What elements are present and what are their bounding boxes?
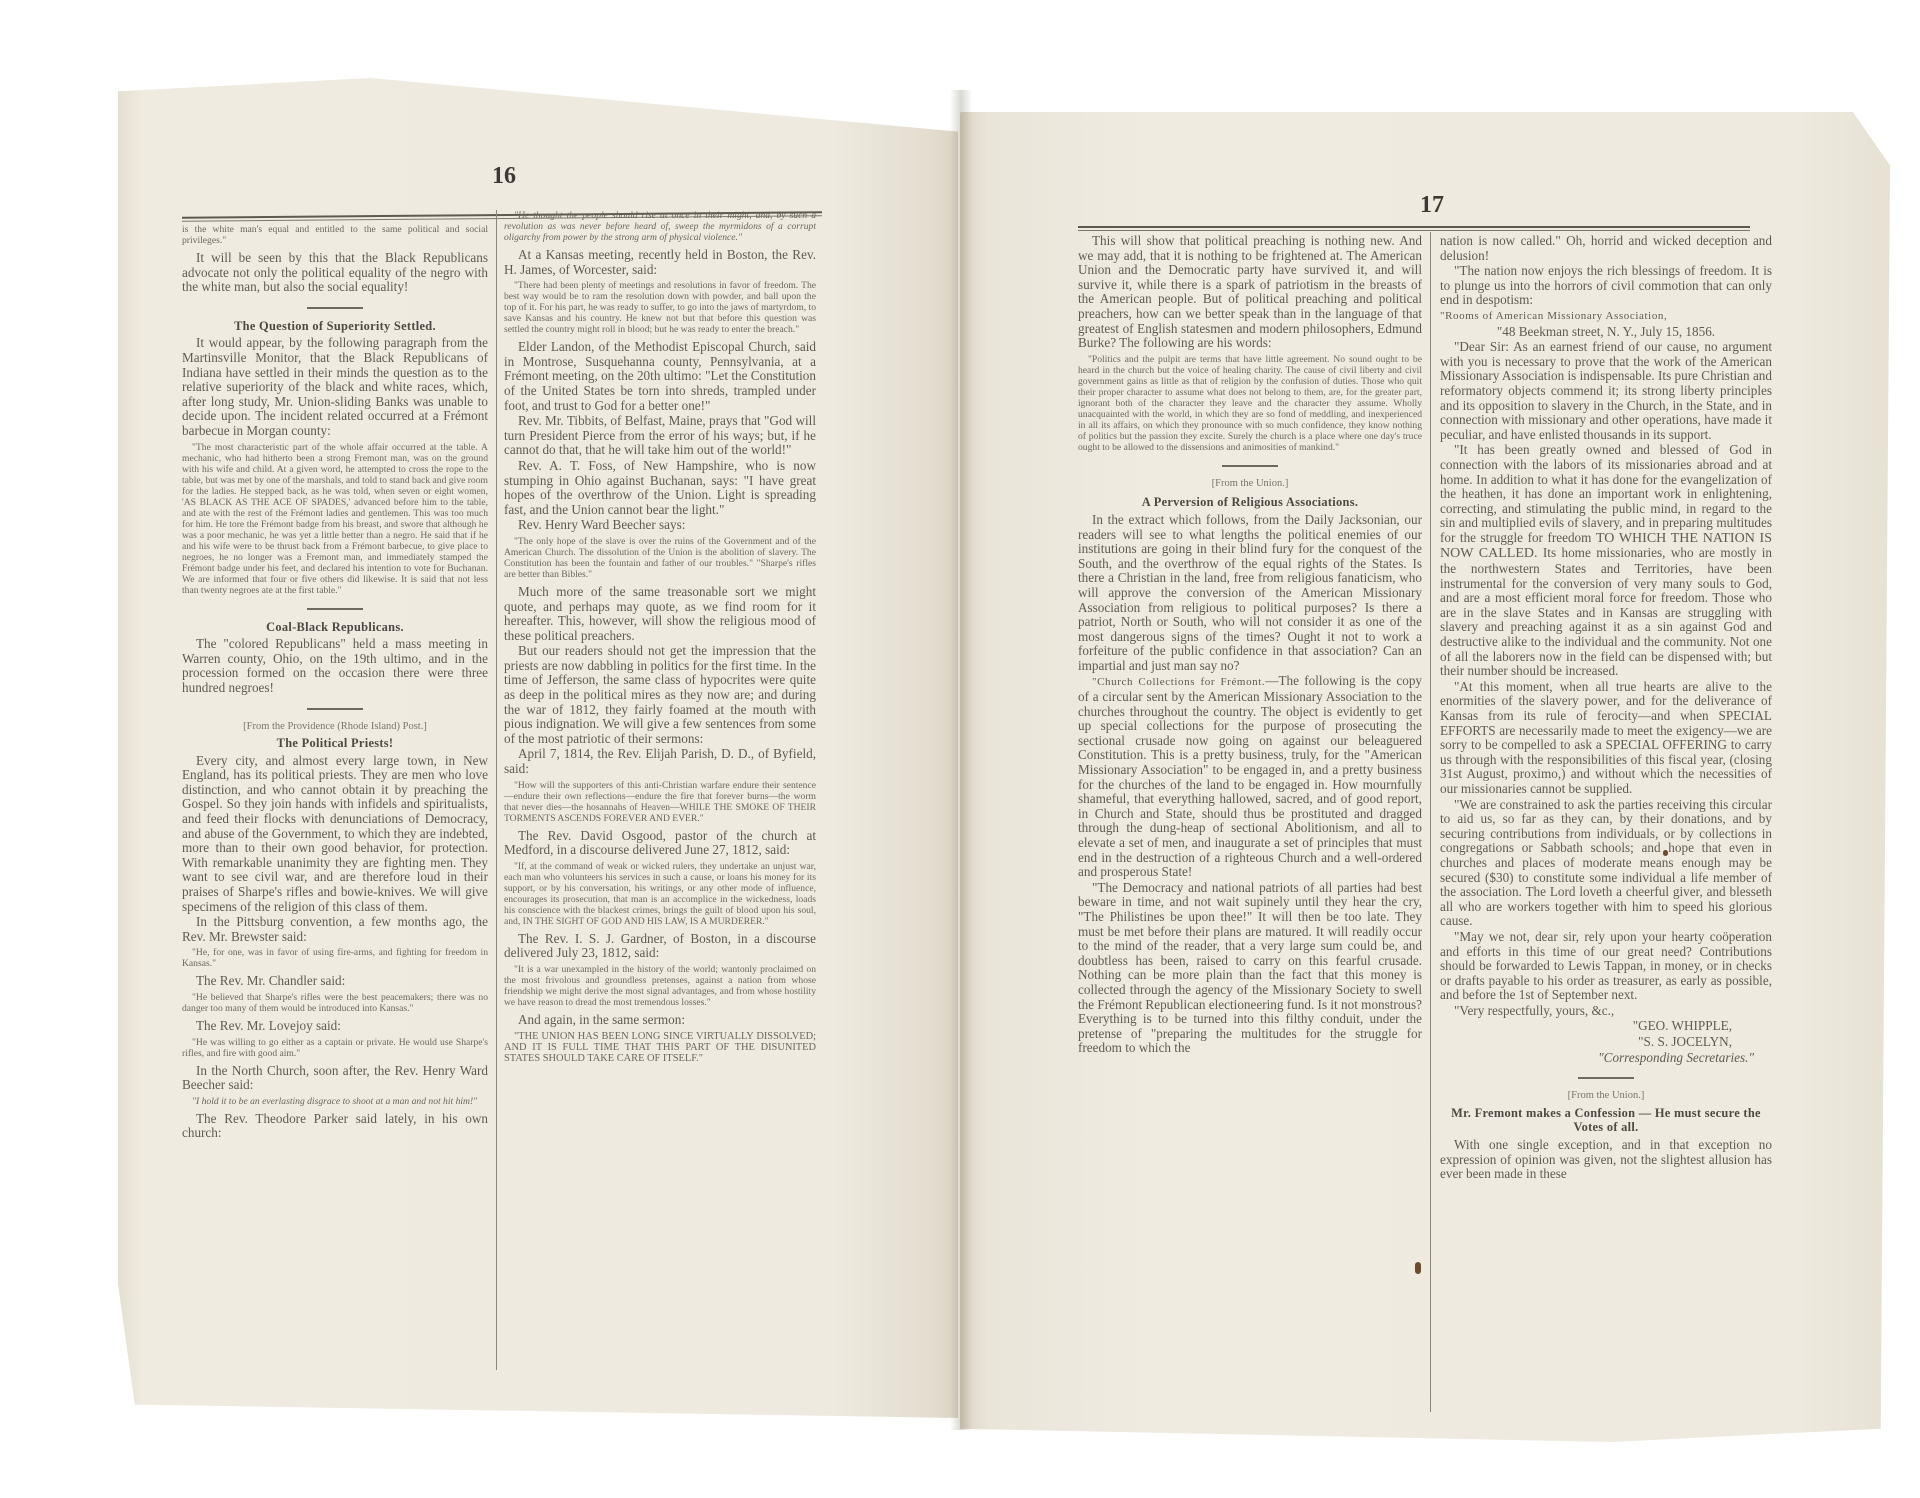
section-separator: [307, 608, 363, 610]
section-heading: The Political Priests!: [182, 736, 488, 751]
paragraph: Rev. Mr. Tibbits, of Belfast, Maine, pra…: [504, 414, 816, 458]
block-quote: "He thought the people should rise at on…: [504, 210, 816, 243]
paragraph: With one single exception, and in that e…: [1440, 1138, 1772, 1182]
page-number-right: 17: [1420, 192, 1444, 219]
paragraph: "It has been greatly owned and blessed o…: [1440, 443, 1772, 679]
block-quote: "Politics and the pulpit are terms that …: [1078, 354, 1422, 453]
paragraph: The Rev. Theodore Parker said lately, in…: [182, 1112, 488, 1141]
paragraph: It will be seen by this that the Black R…: [182, 251, 488, 295]
paragraph: The Rev. Mr. Chandler said:: [182, 974, 488, 989]
block-quote: "The only hope of the slave is over the …: [504, 536, 816, 580]
paragraph: "We are constrained to ask the parties r…: [1440, 798, 1772, 929]
section-separator: [1578, 1077, 1634, 1079]
paragraph-text: —The following is the copy of a circular…: [1078, 673, 1422, 879]
paragraph: "Dear Sir: As an earnest friend of our c…: [1440, 340, 1772, 442]
block-quote: "I hold it to be an everlasting disgrace…: [182, 1096, 488, 1107]
signature: "S. S. JOCELYN,: [1440, 1035, 1772, 1050]
section-heading: The Question of Superiority Settled.: [182, 319, 488, 334]
paragraph: Elder Landon, of the Methodist Episcopal…: [504, 340, 816, 413]
paragraph: Rev. Henry Ward Beecher says:: [504, 518, 816, 533]
lead-quote: is the white man's equal and entitled to…: [182, 224, 488, 246]
source-attribution: [From the Union.]: [1078, 477, 1422, 492]
paragraph: It would appear, by the following paragr…: [182, 336, 488, 438]
paragraph: This will show that political preaching …: [1078, 234, 1422, 351]
paper-stain: [1663, 850, 1668, 856]
paragraph: Rev. A. T. Foss, of New Hampshire, who i…: [504, 459, 816, 517]
closing: "Very respectfully, yours, &c.,: [1440, 1004, 1772, 1019]
letterhead-line: "48 Beekman street, N. Y., July 15, 1856…: [1440, 325, 1772, 340]
paragraph: "The Democracy and national patriots of …: [1078, 881, 1422, 1056]
paragraph: April 7, 1814, the Rev. Elijah Parish, D…: [504, 747, 816, 776]
paragraph-text: Its home missionaries, who are mostly in…: [1440, 545, 1772, 678]
block-quote: "If, at the command of weak or wicked ru…: [504, 861, 816, 927]
left-page-column-1: is the white man's equal and entitled to…: [182, 224, 488, 1142]
left-page-column-2: "He thought the people should rise at on…: [504, 210, 816, 1069]
section-separator: [1222, 465, 1278, 467]
paper-stain: [1415, 1262, 1421, 1274]
paragraph: In the Pittsburg convention, a few month…: [182, 915, 488, 944]
section-separator: [307, 708, 363, 710]
block-quote: "He believed that Sharpe's rifles were t…: [182, 992, 488, 1014]
signature-title: "Corresponding Secretaries.": [1440, 1051, 1772, 1066]
paragraph: "At this moment, when all true hearts ar…: [1440, 680, 1772, 797]
paragraph-text: "It has been greatly owned and blessed o…: [1440, 442, 1772, 545]
block-quote: "There had been plenty of meetings and r…: [504, 280, 816, 335]
section-heading: Coal-Black Republicans.: [182, 620, 488, 635]
caps-lead: "Church Collections for Frémont.: [1092, 676, 1265, 688]
paragraph: The Rev. Mr. Lovejoy said:: [182, 1019, 488, 1034]
column-divider-right: [1430, 232, 1431, 1412]
block-quote: "THE UNION HAS BEEN LONG SINCE VIRTUALLY…: [504, 1031, 816, 1064]
book-gutter: [950, 90, 972, 1430]
paragraph: "Church Collections for Frémont.—The fol…: [1078, 674, 1422, 879]
paragraph: And again, in the same sermon:: [504, 1013, 816, 1028]
paragraph: Much more of the same treasonable sort w…: [504, 585, 816, 643]
block-quote: "He was willing to go either as a captai…: [182, 1037, 488, 1059]
paragraph: "May we not, dear sir, rely upon your he…: [1440, 930, 1772, 1003]
paragraph: In the North Church, soon after, the Rev…: [182, 1064, 488, 1093]
block-quote: "How will the supporters of this anti-Ch…: [504, 780, 816, 824]
column-divider-left: [496, 210, 497, 1370]
paragraph: nation is now called." Oh, horrid and wi…: [1440, 234, 1772, 263]
paragraph: The "colored Republicans" held a mass me…: [182, 637, 488, 695]
paragraph: In the extract which follows, from the D…: [1078, 513, 1422, 674]
letterhead-line: "Rooms of American Missionary Associatio…: [1440, 309, 1772, 324]
section-heading: A Perversion of Religious Associations.: [1078, 495, 1422, 510]
paragraph: At a Kansas meeting, recently held in Bo…: [504, 248, 816, 277]
block-quote: "He, for one, was in favor of using fire…: [182, 947, 488, 969]
right-page-column-2: nation is now called." Oh, horrid and wi…: [1440, 234, 1772, 1183]
signature: "GEO. WHIPPLE,: [1440, 1019, 1772, 1034]
right-page-column-1: This will show that political preaching …: [1078, 234, 1422, 1057]
paragraph: "The nation now enjoys the rich blessing…: [1440, 264, 1772, 308]
section-heading: Mr. Fremont makes a Confession — He must…: [1440, 1106, 1772, 1135]
paragraph: The Rev. David Osgood, pastor of the chu…: [504, 829, 816, 858]
header-rule-right: [1078, 226, 1750, 231]
source-attribution: [From the Providence (Rhode Island) Post…: [182, 720, 488, 735]
block-quote: "The most characteristic part of the who…: [182, 442, 488, 596]
page-number-left: 16: [492, 163, 516, 190]
block-quote: "It is a war unexampled in the history o…: [504, 964, 816, 1008]
paragraph: Every city, and almost every large town,…: [182, 754, 488, 915]
section-separator: [307, 307, 363, 309]
paragraph: The Rev. I. S. J. Gardner, of Boston, in…: [504, 932, 816, 961]
source-attribution: [From the Union.]: [1440, 1089, 1772, 1104]
paragraph: But our readers should not get the impre…: [504, 644, 816, 746]
